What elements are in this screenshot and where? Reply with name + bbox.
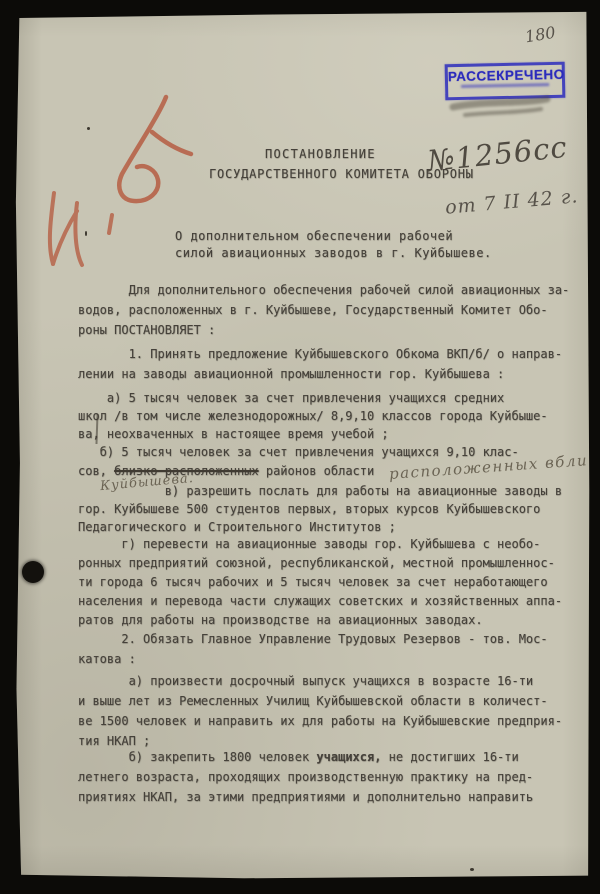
paper-speck bbox=[470, 868, 474, 871]
text-line: роны ПОСТАНОВЛЯЕТ : bbox=[78, 320, 572, 340]
text-line: летнего возраста, проходящих производств… bbox=[78, 767, 572, 787]
paragraph-item-1a: а) 5 тысяч человек за счет привлечения у… bbox=[78, 389, 572, 443]
text-line: ти города 6 тысяч рабочих и 5 тысяч чело… bbox=[78, 573, 572, 592]
text-line: 1. Принять предложение Куйбышевского Обк… bbox=[78, 344, 572, 364]
text-line: водов, расположенных в г. Куйбышеве, Гос… bbox=[78, 300, 572, 320]
text-segment: не достигших 16-ти bbox=[381, 750, 518, 764]
text-line: и выше лет из Ремесленных Училищ Куйбыше… bbox=[78, 691, 572, 711]
paragraph-item-1v: в) разрешить послать для работы на авиац… bbox=[78, 482, 572, 536]
text-line: гор. Куйбышеве 500 студентов первых, вто… bbox=[78, 500, 572, 518]
text-line: в) разрешить послать для работы на авиац… bbox=[78, 482, 572, 500]
text-segment: б) закрепить 1800 человек bbox=[78, 750, 316, 764]
text-line: Педагогического и Строительного Институт… bbox=[78, 518, 572, 536]
paragraph-intro: Для дополнительного обеспечения рабочей … bbox=[78, 280, 572, 340]
text-segment: районов области bbox=[259, 464, 389, 478]
paper-speck bbox=[85, 231, 87, 236]
text-line: школ /в том числе железнодорожных/ 8,9,1… bbox=[78, 407, 572, 425]
text-line: лении на заводы авиационной промышленнос… bbox=[78, 364, 572, 384]
declassified-stamp: РАССЕКРЕЧЕНО bbox=[445, 62, 566, 101]
decree-date-handwritten: от 7 II 42 г. bbox=[444, 185, 579, 219]
text-line: ва, неохваченных в настоящее время учебо… bbox=[78, 425, 572, 443]
red-pencil-mark-i bbox=[50, 193, 112, 265]
paragraph-item-2a: а) произвести досрочный выпуск учащихся … bbox=[78, 671, 572, 751]
red-pencil-mark-6 bbox=[119, 97, 191, 201]
text-line: а) произвести досрочный выпуск учащихся … bbox=[78, 671, 572, 691]
text-line: а) 5 тысяч человек за счет привлечения у… bbox=[78, 389, 572, 407]
text-segment: сов, bbox=[78, 464, 114, 478]
text-line: силой авиационных заводов в г. Куйбышеве… bbox=[175, 245, 492, 262]
scanned-document-page: { "document": { "page_number": "180", "s… bbox=[0, 0, 600, 894]
text-segment: учащихся, bbox=[316, 750, 381, 764]
document-title: О дополнительном обеспечении рабочейсило… bbox=[175, 228, 492, 262]
paragraph-item-1g: г) перевести на авиационные заводы гор. … bbox=[78, 535, 572, 630]
text-line: ве 1500 человек и направить их для работ… bbox=[78, 711, 572, 731]
paragraph-item-2b: б) закрепить 1800 человек учащихся, не д… bbox=[78, 747, 572, 807]
decree-number-handwritten: №1256сс bbox=[426, 130, 570, 179]
text-line: 2. Обязать Главное Управление Трудовых Р… bbox=[78, 629, 572, 649]
paper-speck bbox=[87, 127, 90, 130]
text-line: населения и перевода части служащих сове… bbox=[78, 592, 572, 611]
text-line: О дополнительном обеспечении рабочей bbox=[175, 228, 492, 245]
text-line: Для дополнительного обеспечения рабочей … bbox=[78, 280, 572, 300]
paragraph-point-1: 1. Принять предложение Куйбышевского Обк… bbox=[78, 344, 572, 384]
page-number: 180 bbox=[524, 23, 557, 47]
stamp-fine-print bbox=[461, 83, 549, 88]
text-line: катова : bbox=[78, 649, 572, 669]
header-decree-word: ПОСТАНОВЛЕНИЕ bbox=[265, 147, 376, 161]
text-line: ратов для работы на производстве на авиа… bbox=[78, 611, 572, 630]
paragraph-item-1b: Куйбышева. б) 5 тысяч человек за счет пр… bbox=[78, 443, 572, 480]
text-line: г) перевести на авиационные заводы гор. … bbox=[78, 535, 572, 554]
document-page: 180 РАССЕКРЕЧЕНО ПОСТАНОВЛЕНИЕ ГОСУДАРСТ… bbox=[13, 11, 591, 880]
hole-punch bbox=[22, 561, 44, 583]
text-line: б) закрепить 1800 человек учащихся, не д… bbox=[78, 747, 572, 767]
text-line: приятиях НКАП, за этими предприятиями и … bbox=[78, 787, 572, 807]
pencil-smudge-under-stamp bbox=[453, 99, 547, 115]
text-line: ронных предприятий союзной, республиканс… bbox=[78, 554, 572, 573]
paragraph-point-2: 2. Обязать Главное Управление Трудовых Р… bbox=[78, 629, 572, 669]
